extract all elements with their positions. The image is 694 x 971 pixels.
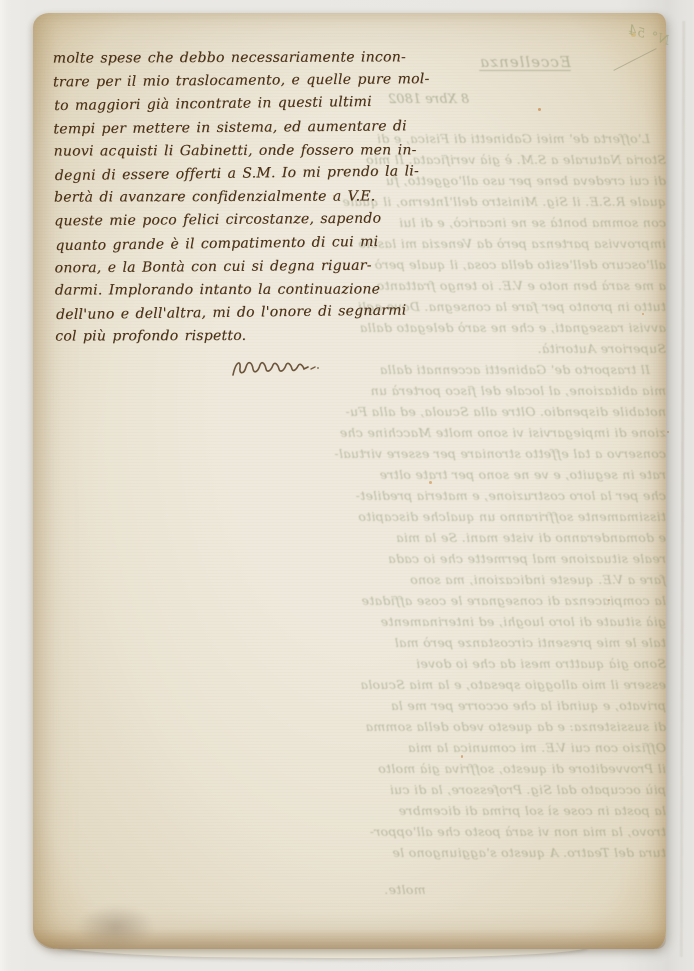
bleedthrough-line: con somma bontà se ne incaricò, e di lui (366, 212, 666, 233)
bleedthrough-line: tura del Teatro. A questo s'aggiungono l… (366, 842, 666, 863)
bleedthrough-line: e domanderanno di viste mani. Se la mia (366, 527, 666, 548)
bleedthrough-text: L'offerta de' miei Gabinetti di Fisica, … (366, 128, 666, 900)
bleedthrough-line: tutto in pronto per fare la consegna. Do… (366, 296, 666, 317)
bleedthrough-line: zione di impiegarvisi vi sono molte Macc… (366, 422, 666, 443)
letter-body: molte spese che debbo necessariamente in… (53, 46, 372, 350)
manuscript-line: degni di essere offerti a S.M. Io mi pre… (55, 161, 371, 188)
bleedthrough-line: Superiore Autorità. (366, 338, 666, 359)
bleedthrough-line: all'oscuro dell'esito della cosa, il qua… (366, 254, 666, 275)
manuscript-line: bertà di avanzare confidenzialmente a V.… (54, 186, 370, 210)
bleedthrough-line: già situate di loro luoghi, ed interinam… (366, 611, 666, 632)
bleedthrough-corner-number: N° 54 (617, 20, 671, 49)
scanned-letter-page: N° 54 Eccellenza 8 Xbre 1802 L'offerta d… (0, 0, 694, 971)
manuscript-line: dell'uno e dell'altra, mi do l'onore di … (56, 300, 372, 327)
page-edge-crease (680, 21, 685, 957)
bleedthrough-line: fare a V.E. queste indicazioni, ma sono (366, 569, 666, 590)
manuscript-line: quanto grande è il compatimento di cui m… (55, 230, 371, 257)
bleedthrough-line: Sono già quattro mesi da che io dovei (366, 653, 666, 674)
bleedthrough-line: la compiacenza di consegnare le cose aff… (366, 590, 666, 611)
bleedthrough-line: più occupato dal Sig. Professore, la di … (366, 779, 666, 800)
bleedthrough-date: 8 Xbre 1802 (366, 92, 666, 107)
manuscript-line: onora, e la Bontà con cui si degna rigua… (55, 254, 371, 280)
bleedthrough-line: rate in seguito, e ve ne sono per trate … (366, 464, 666, 485)
bleedthrough-line: Offizio con cui V.E. mi comunica la mia (366, 737, 666, 758)
bleedthrough-salutation: Eccellenza (375, 53, 675, 71)
manuscript-line: queste mie poco felici circostanze, sape… (54, 208, 370, 234)
bleedthrough-line: conservo a tal effetto stroniare per ess… (366, 443, 666, 464)
bleedthrough-line: Il trasporto de' Gabinetti accennati dal… (366, 359, 666, 380)
signature (229, 351, 321, 387)
bleedthrough-line: mia abitazione, al locale del fisco port… (366, 380, 666, 401)
signature-flourish (229, 351, 321, 383)
manuscript-line: col più profondo rispetto. (55, 325, 371, 349)
bleedthrough-line: essere il mio alloggio spesato, e la mia… (366, 674, 666, 695)
bleedthrough-catchword: molte. (366, 879, 666, 900)
bleedthrough-line: improvvisa partenza però da Venezia mi l… (366, 233, 666, 254)
bleedthrough-line: trovo, la mia non vi sarà posto che all'… (366, 821, 666, 842)
bleedthrough-line: di sussistenza: e da questo vedo della s… (366, 716, 666, 737)
bleedthrough-line: avvisi rassegnati, e che ne sarò delegat… (366, 317, 666, 338)
bleedthrough-line: reale situazione mal permette che io cad… (366, 548, 666, 569)
bleedthrough-line: la posta in cose sì sol prima di dicembr… (366, 800, 666, 821)
letter-sheet: N° 54 Eccellenza 8 Xbre 1802 L'offerta d… (33, 13, 666, 949)
manuscript-line: to maggiori già incontrate in questi ult… (54, 91, 370, 118)
bleedthrough-line: tale le mie presenti circostanze però ma… (366, 632, 666, 653)
bleedthrough-line: il Provveditore di questo, soffriva già … (366, 758, 666, 779)
bleedthrough-line: quale R.S.E. il Sig. Ministro dell'Inter… (366, 191, 666, 212)
manuscript-line: molte spese che debbo necessariamente in… (53, 46, 369, 70)
paper-stain (538, 108, 541, 111)
bleedthrough-line: notabile dispendio. Oltre alla Scuola, e… (366, 401, 666, 422)
manuscript-line: darmi. Implorando intanto la continuazio… (55, 278, 371, 302)
bleedthrough-line: a me sarà ben noto e V.E. io tengo fratt… (366, 275, 666, 296)
manuscript-line: tempi per mettere in sistema, ed aumenta… (53, 115, 369, 141)
bleedthrough-line: che per la loro costruzione, e materia p… (366, 485, 666, 506)
paper-stain (667, 431, 669, 433)
bleedthrough-line: privato, e quindi la che occorre per me … (366, 695, 666, 716)
bleedthrough-line: tissimamente soffriranno un qualche disc… (366, 506, 666, 527)
manuscript-line: nuovi acquisti li Gabinetti, onde fosser… (54, 139, 370, 163)
deckled-bottom-edge (33, 929, 666, 949)
